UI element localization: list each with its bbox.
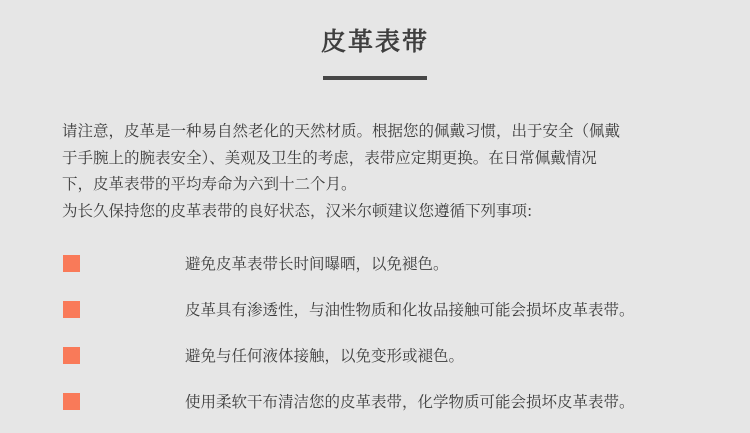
square-bullet-icon [63,301,80,318]
square-bullet-icon [63,347,80,364]
square-bullet-icon [63,255,80,272]
intro-recommendation: 为长久保持您的皮革表带的良好状态，汉米尔顿建议您遵循下列事项: [62,198,722,225]
list-item: 避免与任何液体接触，以免变形或褪色。 [0,341,750,387]
title-underline [323,76,427,80]
intro-text: 请注意，皮革是一种易自然老化的天然材质。根据您的佩戴习惯，出于安全（佩戴 于手腕… [62,118,722,224]
list-item: 使用柔软干布清洁您的皮革表带，化学物质可能会损坏皮革表带。 [0,387,750,433]
square-bullet-icon [63,393,80,410]
list-item-text: 使用柔软干布清洁您的皮革表带，化学物质可能会损坏皮革表带。 [185,389,635,415]
list-item: 避免皮革表带长时间曝晒，以免褪色。 [0,249,750,295]
care-list: 避免皮革表带长时间曝晒，以免褪色。 皮革具有渗透性，与油性物质和化妆品接触可能会… [0,249,750,433]
list-item-text: 避免与任何液体接触，以免变形或褪色。 [185,343,464,369]
page-title: 皮革表带 [0,26,750,58]
intro-line: 下，皮革表带的平均寿命为六到十二个月。 [62,171,722,198]
intro-line: 于手腕上的腕表安全）、美观及卫生的考虑，表带应定期更换。在日常佩戴情况 [62,145,722,172]
list-item-text: 避免皮革表带长时间曝晒，以免褪色。 [185,251,449,277]
intro-line: 请注意，皮革是一种易自然老化的天然材质。根据您的佩戴习惯，出于安全（佩戴 [62,118,722,145]
list-item: 皮革具有渗透性，与油性物质和化妆品接触可能会损坏皮革表带。 [0,295,750,341]
list-item-text: 皮革具有渗透性，与油性物质和化妆品接触可能会损坏皮革表带。 [185,297,635,323]
